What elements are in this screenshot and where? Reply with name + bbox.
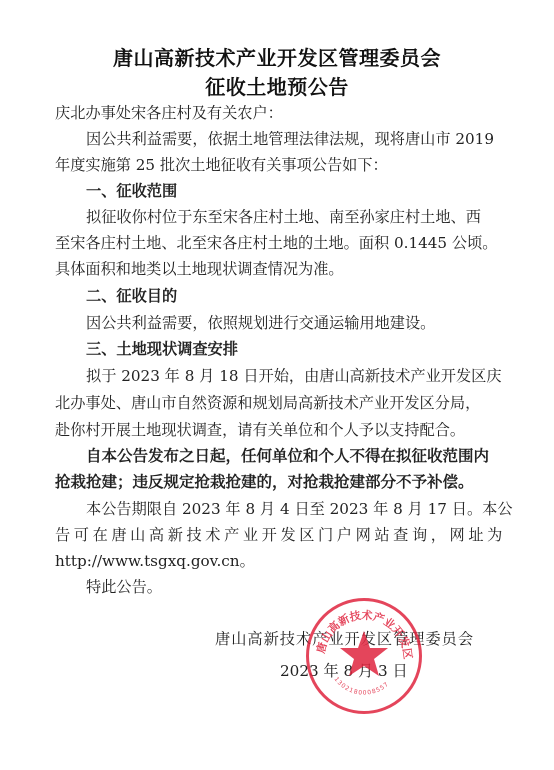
document-title-org: 唐山高新技术产业开发区管理委员会 (0, 42, 554, 71)
warning-line-2: 抢栽抢建；违反规定抢栽抢建的，对抢栽抢建部分不予补偿。 (55, 472, 474, 492)
section-1-heading: 一、征收范围 (86, 181, 177, 201)
intro-line-1: 因公共利益需要，依据土地管理法律法规，现将唐山市 2019 (86, 129, 494, 149)
section-3-line-3: 赴你村开展土地现状调查，请有关单位和个人予以支持配合。 (55, 420, 465, 440)
official-seal: 唐山高新技术产业开发区管理委员会 1302180008557 (306, 598, 422, 714)
notice-page: 唐山高新技术产业开发区管理委员会 征收土地预公告 庆北办事处宋各庄村及有关农户：… (0, 0, 554, 770)
warning-line-1: 自本公告发布之日起，任何单位和个人不得在拟征收范围内 (86, 446, 489, 466)
section-3-line-1: 拟于 2023 年 8 月 18 日开始，由唐山高新技术产业开发区庆 (86, 366, 502, 386)
section-1-line-3: 具体面积和地类以土地现状调查情况为准。 (55, 259, 344, 279)
intro-line-2: 年度实施第 25 批次土地征收有关事项公告如下： (55, 155, 388, 175)
section-3-heading: 三、土地现状调查安排 (86, 339, 238, 359)
seal-star-icon: 唐山高新技术产业开发区管理委员会 1302180008557 (309, 601, 419, 711)
svg-text:1302180008557: 1302180008557 (333, 676, 391, 697)
period-line-2: 告可在唐山高新技术产业开发区门户网站查询，网址为 (55, 525, 506, 545)
section-1-line-1: 拟征收你村位于东至宋各庄村土地、南至孙家庄村土地、西 (86, 207, 481, 227)
section-2-heading: 二、征收目的 (86, 286, 177, 306)
section-2-line-1: 因公共利益需要，依照规划进行交通运输用地建设。 (86, 313, 435, 333)
website-url: http://www.tsgxq.gov.cn。 (55, 551, 255, 571)
section-3-line-2: 北办事处、唐山市自然资源和规划局高新技术产业开发区分局， (55, 393, 480, 413)
document-title: 征收土地预公告 (0, 71, 554, 100)
salutation: 庆北办事处宋各庄村及有关农户： (55, 103, 283, 123)
section-1-line-2: 至宋各庄村土地、北至宋各庄村土地的土地。面积 0.1445 公顷。 (55, 233, 497, 253)
period-line-1: 本公告期限自 2023 年 8 月 4 日至 2023 年 8 月 17 日。本… (86, 499, 513, 519)
closing: 特此公告。 (86, 577, 162, 597)
